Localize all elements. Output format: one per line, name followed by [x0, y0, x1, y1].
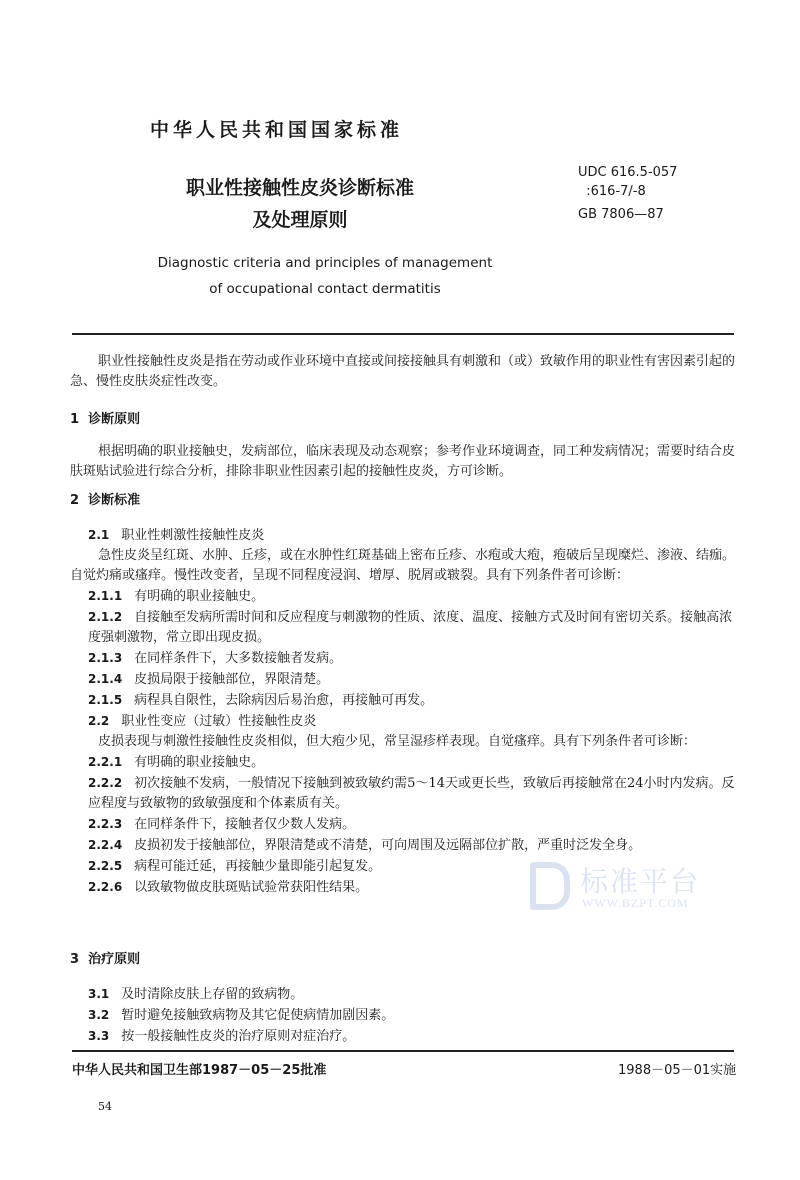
- intro-paragraph: 职业性接触性皮炎是指在劳动或作业环境中直接或间接接触具有刺激和（或）致敏作用的职…: [70, 352, 742, 392]
- item-number: 3.2: [88, 1008, 109, 1022]
- watermark-url: WWW.BZPT.COM: [582, 896, 689, 911]
- item-text: 在同样条件下，大多数接触者发病。: [134, 651, 342, 666]
- document-title-line2: 及处理原则: [170, 204, 430, 236]
- item-number: 3.3: [88, 1029, 109, 1043]
- list-item: 2.2.6以致敏物做皮肤斑贴试验常获阳性结果。: [70, 877, 742, 898]
- item-number: 2.2.1: [88, 755, 122, 769]
- section-title: 诊断原则: [88, 412, 140, 427]
- section-1-heading: 1 诊断原则: [70, 410, 742, 430]
- subsection-2-1-text: 急性皮炎呈红斑、水肿、丘疹，或在水肿性红斑基础上密布丘疹、水疱或大疱，疱破后呈现…: [70, 546, 742, 586]
- standard-title: 中华人民共和国国家标准: [150, 115, 403, 142]
- section-2: 2 诊断标准 2.1职业性刺激性接触性皮炎 急性皮炎呈红斑、水肿、丘疹，或在水肿…: [70, 491, 742, 898]
- item-text: 初次接触不发病，一般情况下接触到被致敏约需5～14天或更长些，致敏后再接触常在2…: [88, 776, 735, 811]
- section-1-text: 根据明确的职业接触史，发病部位，临床表现及动态观察；参考作业环境调查，同工种发病…: [70, 442, 742, 482]
- item-number: 2.1.2: [88, 610, 122, 624]
- item-text: 暂时避免接触致病物及其它促使病情加剧因素。: [121, 1008, 394, 1023]
- item-number: 2.1.4: [88, 672, 122, 686]
- section-2-heading: 2 诊断标准: [70, 491, 742, 511]
- section-title: 诊断标准: [88, 493, 140, 508]
- subsection-number: 2.2: [88, 714, 109, 728]
- section-title: 治疗原则: [88, 952, 140, 967]
- list-item: 3.1及时清除皮肤上存留的致病物。: [70, 984, 742, 1005]
- item-number: 3.1: [88, 987, 109, 1001]
- list-item: 2.2.1有明确的职业接触史。: [70, 752, 742, 773]
- item-text: 有明确的职业接触史。: [134, 589, 264, 604]
- section-3-heading: 3 治疗原则: [70, 950, 742, 970]
- item-number: 2.1.3: [88, 651, 122, 665]
- effective-date: 1988－05－01实施: [618, 1059, 736, 1078]
- header-divider: [72, 333, 734, 335]
- english-title: Diagnostic criteria and principles of ma…: [130, 250, 520, 302]
- subsection-title: 职业性刺激性接触性皮炎: [121, 528, 264, 543]
- list-item: 2.1.5病程具自限性，去除病因后易治愈，再接触可再发。: [70, 690, 742, 711]
- subsection-title: 职业性变应（过敏）性接触性皮炎: [121, 714, 316, 729]
- list-item: 3.3按一般接触性皮炎的治疗原则对症治疗。: [70, 1026, 742, 1047]
- page-number: 54: [98, 1100, 112, 1113]
- item-text: 皮损局限于接触部位，界限清楚。: [134, 672, 329, 687]
- item-number: 2.1.1: [88, 589, 122, 603]
- subsection-number: 2.1: [88, 528, 109, 542]
- english-title-line1: Diagnostic criteria and principles of ma…: [130, 250, 520, 276]
- list-item: 2.1.2自接触至发病所需时间和反应程度与刺激物的性质、浓度、温度、接触方式及时…: [70, 607, 742, 648]
- item-text: 自接触至发病所需时间和反应程度与刺激物的性质、浓度、温度、接触方式及时间有密切关…: [88, 610, 732, 645]
- section-number: 3: [70, 952, 79, 967]
- item-text: 有明确的职业接触史。: [134, 755, 264, 770]
- section-number: 1: [70, 412, 79, 427]
- udc-code-line1: UDC 616.5-057: [578, 163, 677, 182]
- list-item: 2.2.3在同样条件下，接触者仅少数人发病。: [70, 814, 742, 835]
- item-text: 在同样条件下，接触者仅少数人发病。: [134, 817, 355, 832]
- list-item: 2.1.4皮损局限于接触部位，界限清楚。: [70, 669, 742, 690]
- list-item: 2.1.1有明确的职业接触史。: [70, 586, 742, 607]
- item-text: 以致敏物做皮肤斑贴试验常获阳性结果。: [134, 880, 368, 895]
- footer-divider: [72, 1050, 734, 1052]
- document-title-line1: 职业性接触性皮炎诊断标准: [170, 172, 430, 204]
- subsection-2-2-heading: 2.2职业性变应（过敏）性接触性皮炎: [70, 711, 742, 732]
- item-text: 皮损初发于接触部位，界限清楚或不清楚，可向周围及远隔部位扩散，严重时泛发全身。: [134, 838, 641, 853]
- item-number: 2.2.4: [88, 838, 122, 852]
- item-text: 病程具自限性，去除病因后易治愈，再接触可再发。: [134, 693, 433, 708]
- list-item: 2.2.5病程可能迁延，再接触少量即能引起复发。: [70, 856, 742, 877]
- item-text: 病程可能迁延，再接触少量即能引起复发。: [134, 859, 381, 874]
- udc-code-line2: :616-7/-8: [578, 182, 677, 201]
- classification-codes: UDC 616.5-057 :616-7/-8 GB 7806—87: [578, 163, 677, 224]
- item-text: 及时清除皮肤上存留的致病物。: [121, 987, 303, 1002]
- item-number: 2.2.6: [88, 880, 122, 894]
- subsection-2-1-heading: 2.1职业性刺激性接触性皮炎: [70, 525, 742, 546]
- list-item: 2.2.4皮损初发于接触部位，界限清楚或不清楚，可向周围及远隔部位扩散，严重时泛…: [70, 835, 742, 856]
- item-text: 按一般接触性皮炎的治疗原则对症治疗。: [121, 1029, 355, 1044]
- section-1: 1 诊断原则 根据明确的职业接触史，发病部位，临床表现及动态观察；参考作业环境调…: [70, 410, 742, 482]
- item-number: 2.2.3: [88, 817, 122, 831]
- list-item: 2.2.2初次接触不发病，一般情况下接触到被致敏约需5～14天或更长些，致敏后再…: [70, 773, 742, 814]
- item-number: 2.1.5: [88, 693, 122, 707]
- item-number: 2.2.2: [88, 776, 122, 790]
- english-title-line2: of occupational contact dermatitis: [130, 276, 520, 302]
- list-item: 2.1.3在同样条件下，大多数接触者发病。: [70, 648, 742, 669]
- intro-text: 职业性接触性皮炎是指在劳动或作业环境中直接或间接接触具有刺激和（或）致敏作用的职…: [70, 352, 742, 392]
- list-item: 3.2暂时避免接触致病物及其它促使病情加剧因素。: [70, 1005, 742, 1026]
- subsection-2-2-text: 皮损表现与刺激性接触性皮炎相似，但大疱少见，常呈湿疹样表现。自觉瘙痒。具有下列条…: [70, 732, 742, 752]
- item-number: 2.2.5: [88, 859, 122, 873]
- document-title: 职业性接触性皮炎诊断标准 及处理原则: [170, 172, 430, 236]
- gb-code: GB 7806—87: [578, 205, 677, 224]
- approval-info: 中华人民共和国卫生部1987－05－25批准: [72, 1059, 326, 1078]
- section-number: 2: [70, 493, 79, 508]
- section-3: 3 治疗原则 3.1及时清除皮肤上存留的致病物。 3.2暂时避免接触致病物及其它…: [70, 950, 742, 1047]
